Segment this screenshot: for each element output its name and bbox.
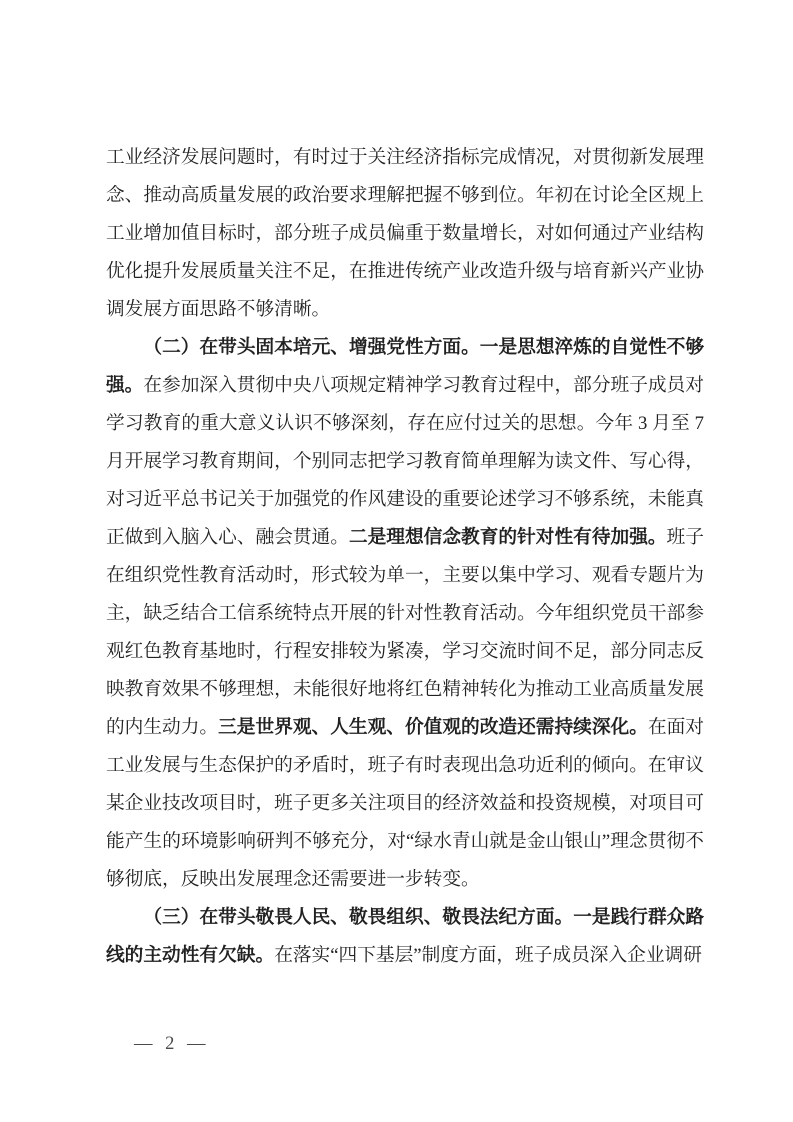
page-number: — 2 — <box>134 1034 207 1054</box>
text-run: 在落实“四下基层”制度方面，班子成员深入企业调研 <box>274 945 702 966</box>
para-section-3: （三）在带头敬畏人民、敬畏组织、敬畏法纪方面。一是践行群众路线的主动性有欠缺。在… <box>106 899 704 975</box>
text-run: 在面对工业发展与生态保护的矛盾时，班子有时表现出急功近利的倾向。在审议某企业技改… <box>106 717 704 890</box>
document-body: 工业经济发展问题时，有时过于关注经济指标完成情况，对贯彻新发展理念、推动高质量发… <box>106 139 704 975</box>
text-run: 在参加深入贯彻中央八项规定精神学习教育过程中，部分班子成员对学习教育的重大意义认… <box>106 375 704 548</box>
para-continuation: 工业经济发展问题时，有时过于关注经济指标完成情况，对贯彻新发展理念、推动高质量发… <box>106 139 704 329</box>
text-run: 班子在组织党性教育活动时，形式较为单一，主要以集中学习、观看专题片为主，缺乏结合… <box>106 527 704 738</box>
text-run: 工业经济发展问题时，有时过于关注经济指标完成情况，对贯彻新发展理念、推动高质量发… <box>106 147 704 320</box>
para-section-2: （二）在带头固本培元、增强党性方面。一是思想淬炼的自觉性不够强。在参加深入贯彻中… <box>106 329 704 899</box>
document-page: 工业经济发展问题时，有时过于关注经济指标完成情况，对贯彻新发展理念、推动高质量发… <box>0 0 793 1122</box>
emphasis-run: 三是世界观、人生观、价值观的改造还需持续深化。 <box>218 717 648 738</box>
emphasis-run: 二是理想信念教育的针对性有待加强。 <box>349 527 667 548</box>
page-footer: — 2 — <box>134 1030 207 1058</box>
